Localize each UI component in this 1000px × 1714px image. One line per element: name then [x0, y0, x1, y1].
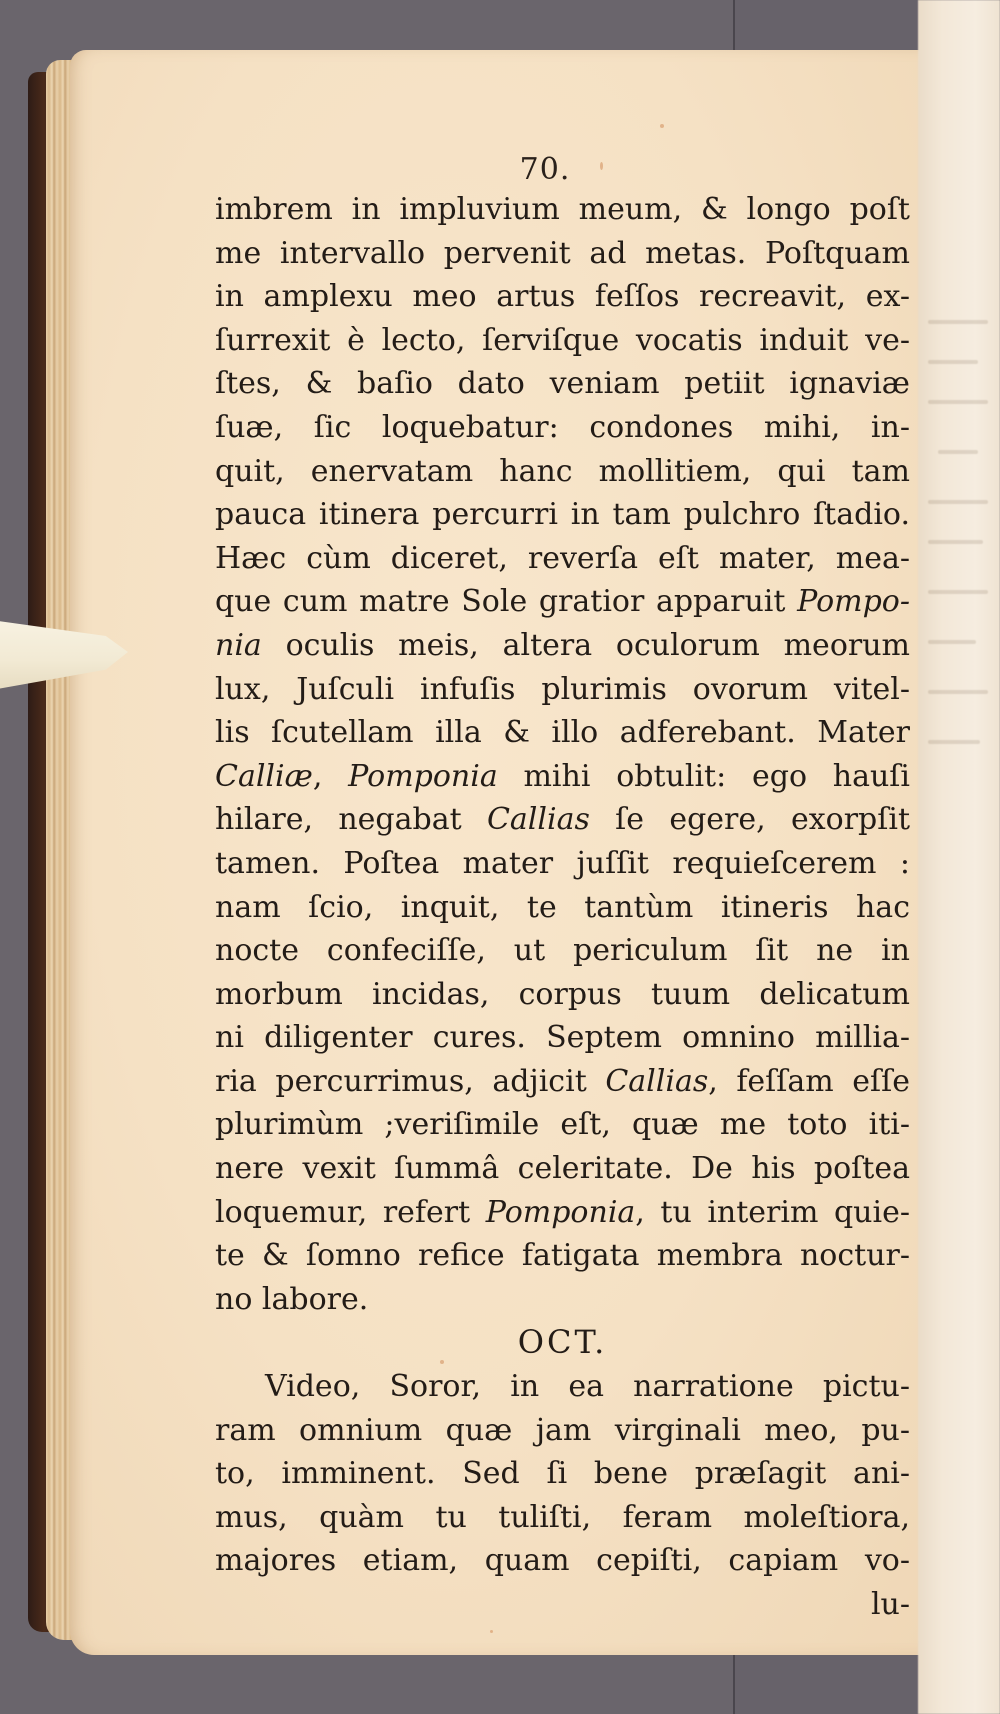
text-line: lux, Juſculi infuſis plurimis ovorum vit…: [215, 668, 910, 712]
text-line: ſtes, & baſio dato veniam petiit ignaviæ: [215, 362, 910, 406]
body-text: imbrem in impluvium meum, & longo poſt m…: [215, 188, 910, 1627]
text-line: ram omnium quæ jam virginali meo, pu-: [215, 1409, 910, 1453]
text-line: ſurrexit è lecto, ſerviſque vocatis indu…: [215, 319, 910, 363]
text-line: no labore.: [215, 1278, 910, 1322]
catchword: lu-: [215, 1583, 910, 1627]
text-line: nia oculis meis, altera oculorum meorum: [215, 624, 910, 668]
text-line: ria percurrimus, adjicit Callias, feſſam…: [215, 1060, 910, 1104]
paper-speck: [660, 124, 664, 128]
text-line: in amplexu meo artus feſſos recreavit, e…: [215, 275, 910, 319]
text-line: ſuæ, ſic loquebatur: condones mihi, in-: [215, 406, 910, 450]
text-line: Calliæ, Pomponia mihi obtulit: ego hauſi: [215, 755, 910, 799]
text-line: majores etiam, quam cepiſti, capiam vo-: [215, 1539, 910, 1583]
italic-name: Pomponia: [348, 759, 498, 794]
text-line: pauca itinera percurri in tam pulchro ſt…: [215, 493, 910, 537]
italic-name: Pompo-: [797, 584, 910, 619]
italic-name: nia: [215, 628, 262, 663]
text-line: imbrem in impluvium meum, & longo poſt: [215, 188, 910, 232]
text-line: to, imminent. Sed ſi bene præſagit ani-: [215, 1452, 910, 1496]
text-line: tamen. Poſtea mater juſſit requieſcerem …: [215, 842, 910, 886]
text-line: morbum incidas, corpus tuum delicatum: [215, 973, 910, 1017]
text-line: lis ſcutellam illa & illo adferebant. Ma…: [215, 711, 910, 755]
italic-name: Callias: [605, 1064, 708, 1099]
text-line: plurimùm ;veriſimile eſt, quæ me toto it…: [215, 1103, 910, 1147]
text-line: Video, Soror, in ea narratione pictu-: [215, 1365, 910, 1409]
text-line: te & ſomno refice fatigata membra noctur…: [215, 1234, 910, 1278]
text-line: loquemur, refert Pomponia, tu interim qu…: [215, 1191, 910, 1235]
next-page-blurred: [918, 0, 1000, 1714]
text-line: nam ſcio, inquit, te tantùm itineris hac: [215, 886, 910, 930]
italic-name: Calliæ: [215, 759, 313, 794]
section-heading: OCT.: [215, 1321, 910, 1365]
text-line: ni diligenter cures. Septem omnino milli…: [215, 1016, 910, 1060]
text-line: nocte confeciſſe, ut periculum ſit ne in: [215, 929, 910, 973]
text-line: que cum matre Sole gratior apparuit Pomp…: [215, 580, 910, 624]
italic-name: Callias: [487, 802, 590, 837]
paper-speck: [490, 1630, 493, 1633]
text-line: me intervallo pervenit ad metas. Poſtqua…: [215, 232, 910, 276]
text-line: hilare, negabat Callias ſe egere, exorpſ…: [215, 798, 910, 842]
text-line: nere vexit ſummâ celeritate. De his poſt…: [215, 1147, 910, 1191]
text-line: mus, quàm tu tuliſti, feram moleſtiora,: [215, 1496, 910, 1540]
italic-name: Pomponia: [486, 1195, 636, 1230]
page-number: 70.: [0, 152, 1000, 187]
text-line: quit, enervatam hanc mollitiem, qui tam: [215, 450, 910, 494]
text-line: Hæc cùm diceret, reverſa eſt mater, mea-: [215, 537, 910, 581]
